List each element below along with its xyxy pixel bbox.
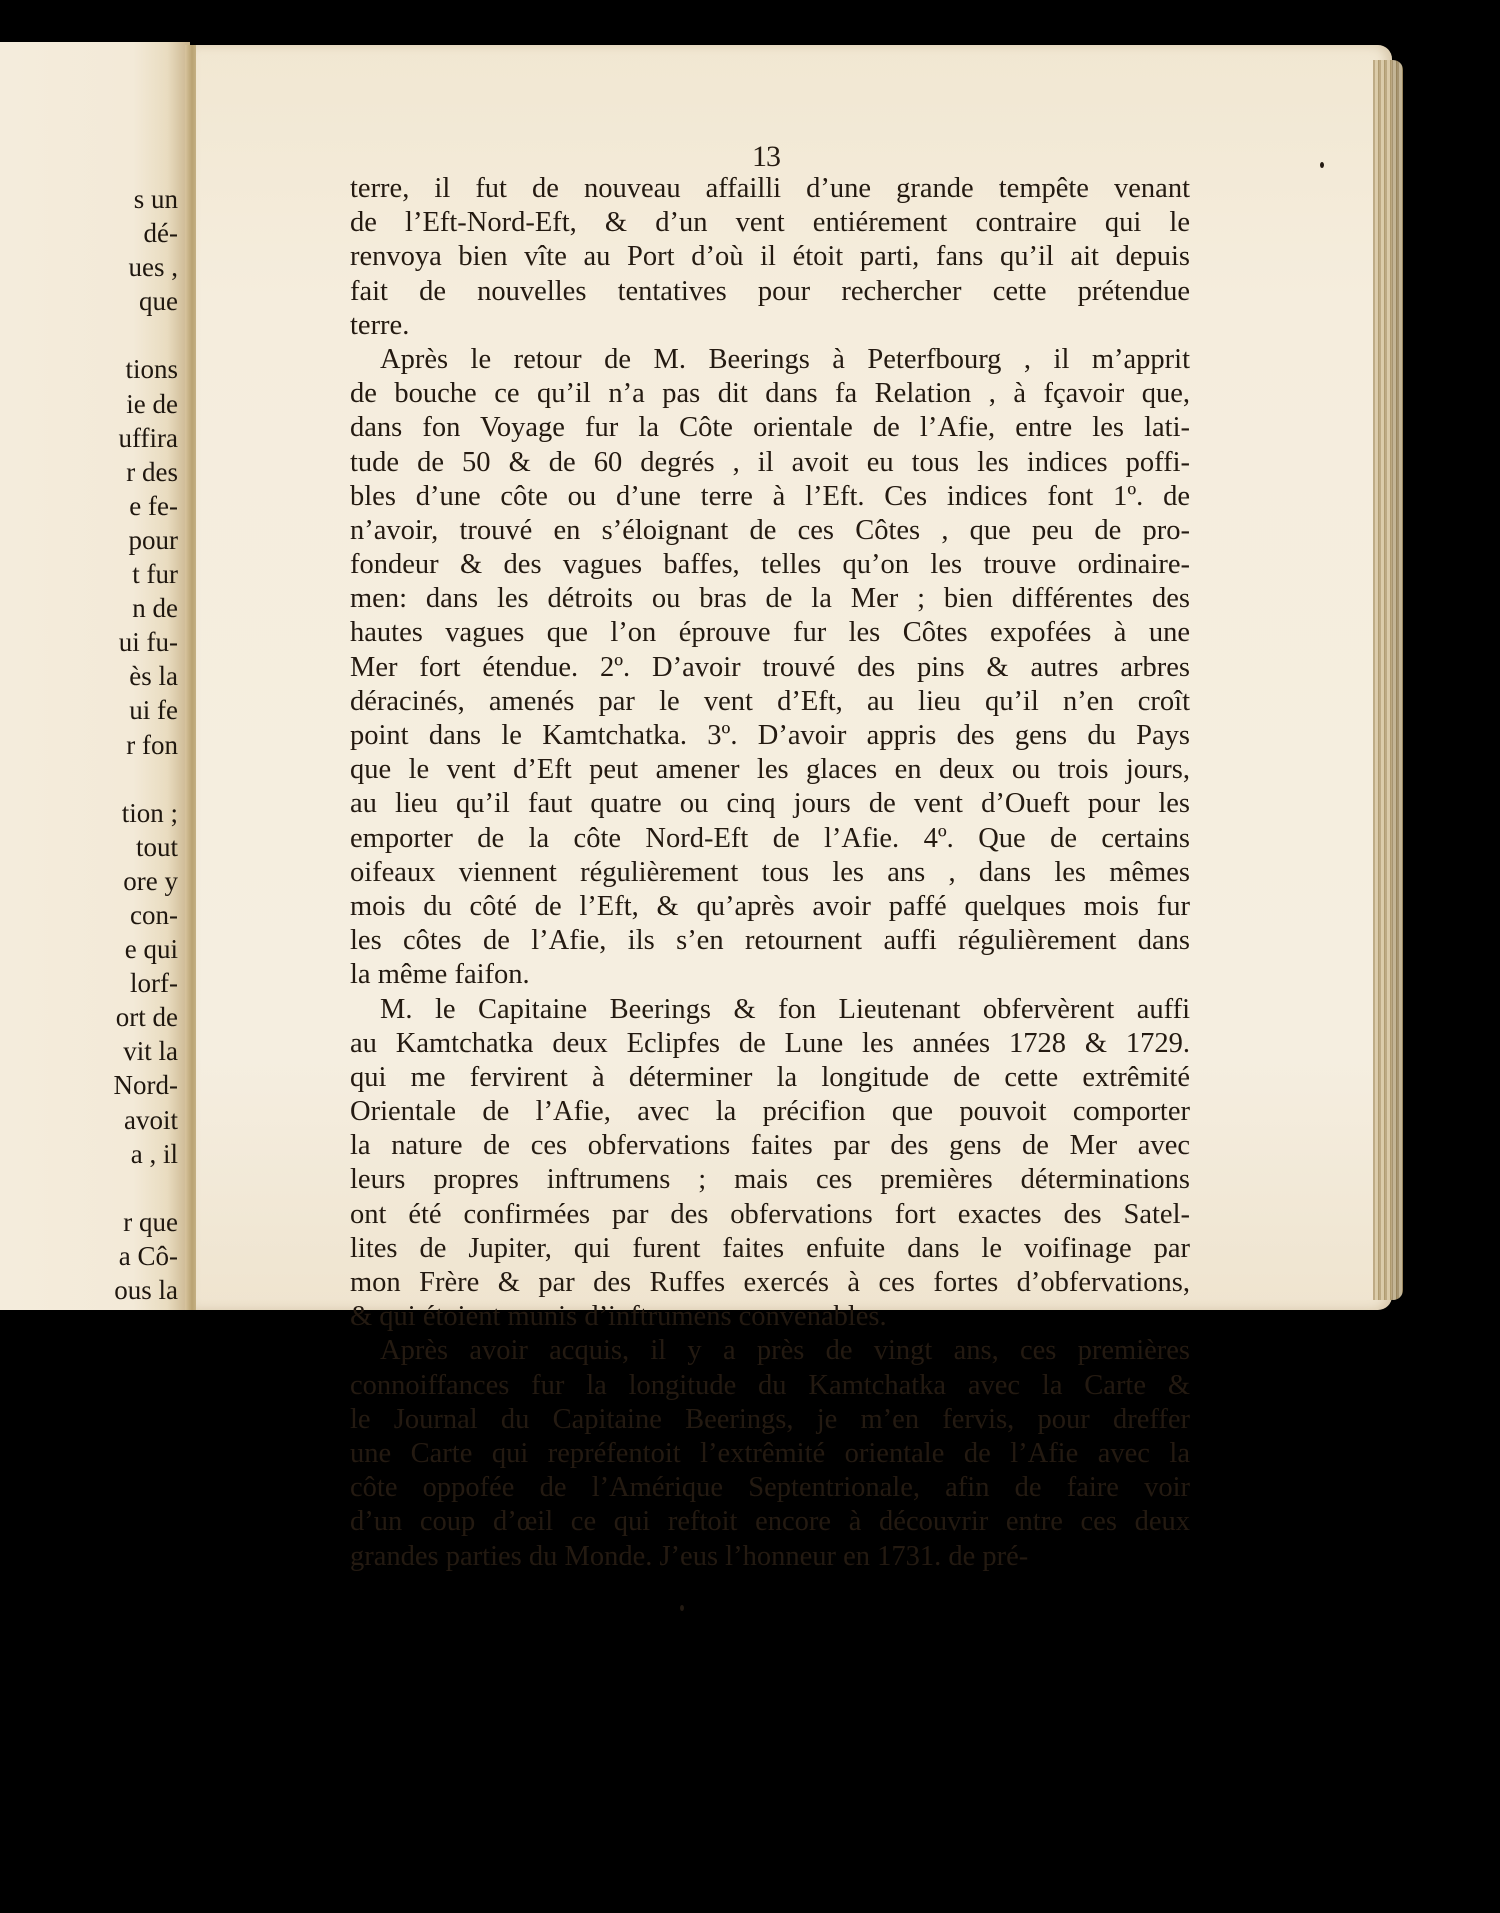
left-page-line: a , il xyxy=(0,1137,182,1171)
ink-speck xyxy=(1320,162,1324,168)
text-line: au lieu qu’il faut quatre ou cinq jours … xyxy=(350,787,1190,821)
text-line: grandes parties du Monde. J’eus l’honneu… xyxy=(350,1540,1190,1574)
text-line: lites de Jupiter, qui furent faites enfu… xyxy=(350,1232,1190,1266)
text-line: la même faifon. xyxy=(350,958,1190,992)
left-page-line: ore y xyxy=(0,864,182,898)
left-page-line: s un xyxy=(0,182,182,216)
text-line: d’un coup d’œil ce qui reftoit encore à … xyxy=(350,1505,1190,1539)
text-line: fait de nouvelles tentatives pour recher… xyxy=(350,275,1190,309)
left-page-text-column: s undé-ues ,que tionsie deuffirar dese f… xyxy=(0,182,182,1310)
left-page-line: e qui xyxy=(0,932,182,966)
text-line: Après avoir acquis, il y a près de vingt… xyxy=(350,1334,1190,1368)
paragraph: Après avoir acquis, il y a près de vingt… xyxy=(350,1334,1190,1573)
text-line: déracinés, amenés par le vent d’Eft, au … xyxy=(350,685,1190,719)
page-edges xyxy=(1373,60,1403,1300)
paragraph: terre, il fut de nouveau affailli d’une … xyxy=(350,172,1190,343)
text-line: mon Frère & par des Ruffes exercés à ces… xyxy=(350,1266,1190,1300)
text-line: Orientale de l’Afie, avec la précifion q… xyxy=(350,1095,1190,1129)
text-line: point dans le Kamtchatka. 3º. D’avoir ap… xyxy=(350,719,1190,753)
left-page-line: lorf- xyxy=(0,966,182,1000)
left-page-line: ous la xyxy=(0,1273,182,1307)
text-line: ont été confirmées par des obfervations … xyxy=(350,1198,1190,1232)
left-page-line: Nord- xyxy=(0,1068,182,1102)
ink-speck xyxy=(680,1605,684,1611)
text-line: M. le Capitaine Beerings & fon Lieutenan… xyxy=(350,993,1190,1027)
left-page-line: tion ; xyxy=(0,796,182,830)
text-line: de l’Eft-Nord-Eft, & d’un vent entiéreme… xyxy=(350,206,1190,240)
text-line: Mer fort étendue. 2º. D’avoir trouvé des… xyxy=(350,651,1190,685)
left-page-line: pour xyxy=(0,523,182,557)
text-line: qui me fervirent à déterminer la longitu… xyxy=(350,1061,1190,1095)
text-line: le Journal du Capitaine Beerings, je m’e… xyxy=(350,1403,1190,1437)
left-page-line: tions xyxy=(0,352,182,386)
text-line: côte oppofée de l’Amérique Septentrional… xyxy=(350,1471,1190,1505)
left-page-line: ie de xyxy=(0,387,182,421)
text-line: oifeaux viennent régulièrement tous les … xyxy=(350,856,1190,890)
left-page-line: r que xyxy=(0,1205,182,1239)
left-page-line: tout xyxy=(0,830,182,864)
left-page-line: que xyxy=(0,284,182,318)
left-page-line: r fon xyxy=(0,728,182,762)
left-page-line: ues , xyxy=(0,250,182,284)
left-page-line: ort de xyxy=(0,1000,182,1034)
text-line: connoiffances fur la longitude du Kamtch… xyxy=(350,1369,1190,1403)
text-line: leurs propres inftrumens ; mais ces prem… xyxy=(350,1163,1190,1197)
left-page-line: ès la xyxy=(0,659,182,693)
left-page-line xyxy=(0,1171,182,1205)
text-line: dans fon Voyage fur la Côte orientale de… xyxy=(350,411,1190,445)
text-line: mois du côté de l’Eft, & qu’après avoir … xyxy=(350,890,1190,924)
page-number: 13 xyxy=(752,140,780,174)
text-line: tude de 50 & de 60 degrés , il avoit eu … xyxy=(350,446,1190,480)
left-page-line: ui fe xyxy=(0,693,182,727)
left-page-line: n de xyxy=(0,591,182,625)
left-page-line: a Cô- xyxy=(0,1239,182,1273)
left-page-line: dé- xyxy=(0,216,182,250)
text-line: fondeur & des vagues baffes, telles qu’o… xyxy=(350,548,1190,582)
text-line: la nature de ces obfervations faites par… xyxy=(350,1129,1190,1163)
text-line: renvoya bien vîte au Port d’où il étoit … xyxy=(350,240,1190,274)
left-page-line: t fur xyxy=(0,557,182,591)
left-page-line: con- xyxy=(0,898,182,932)
left-page-line xyxy=(0,318,182,352)
left-page-line: taine xyxy=(0,1307,182,1310)
text-line: bles d’une côte ou d’une terre à l’Eft. … xyxy=(350,480,1190,514)
text-line: hautes vagues que l’on éprouve fur les C… xyxy=(350,616,1190,650)
left-page-line: vit la xyxy=(0,1034,182,1068)
text-line: men: dans les détroits ou bras de la Mer… xyxy=(350,582,1190,616)
left-page-line: avoit xyxy=(0,1103,182,1137)
text-line: emporter de la côte Nord-Eft de l’Afie. … xyxy=(350,822,1190,856)
left-page-line: r des xyxy=(0,455,182,489)
paragraph: M. le Capitaine Beerings & fon Lieutenan… xyxy=(350,993,1190,1335)
text-line: que le vent d’Eft peut amener les glaces… xyxy=(350,753,1190,787)
left-page-line: e fe- xyxy=(0,489,182,523)
left-page-line xyxy=(0,762,182,796)
paragraph: Après le retour de M. Beerings à Peterfb… xyxy=(350,343,1190,993)
text-line: terre. xyxy=(350,309,1190,343)
text-line: & qui étoient munis d’inftrumens convena… xyxy=(350,1300,1190,1334)
body-text: terre, il fut de nouveau affailli d’une … xyxy=(350,172,1190,1574)
left-page-fragment: s undé-ues ,que tionsie deuffirar dese f… xyxy=(0,42,190,1310)
text-line: une Carte qui repréfentoit l’extrêmité o… xyxy=(350,1437,1190,1471)
text-line: de bouche ce qu’il n’a pas dit dans fa R… xyxy=(350,377,1190,411)
text-line: Après le retour de M. Beerings à Peterfb… xyxy=(350,343,1190,377)
text-line: les côtes de l’Afie, ils s’en retournent… xyxy=(350,924,1190,958)
text-line: n’avoir, trouvé en s’éloignant de ces Cô… xyxy=(350,514,1190,548)
text-line: au Kamtchatka deux Eclipfes de Lune les … xyxy=(350,1027,1190,1061)
left-page-line: uffira xyxy=(0,421,182,455)
left-page-line: ui fu- xyxy=(0,625,182,659)
text-line: terre, il fut de nouveau affailli d’une … xyxy=(350,172,1190,206)
